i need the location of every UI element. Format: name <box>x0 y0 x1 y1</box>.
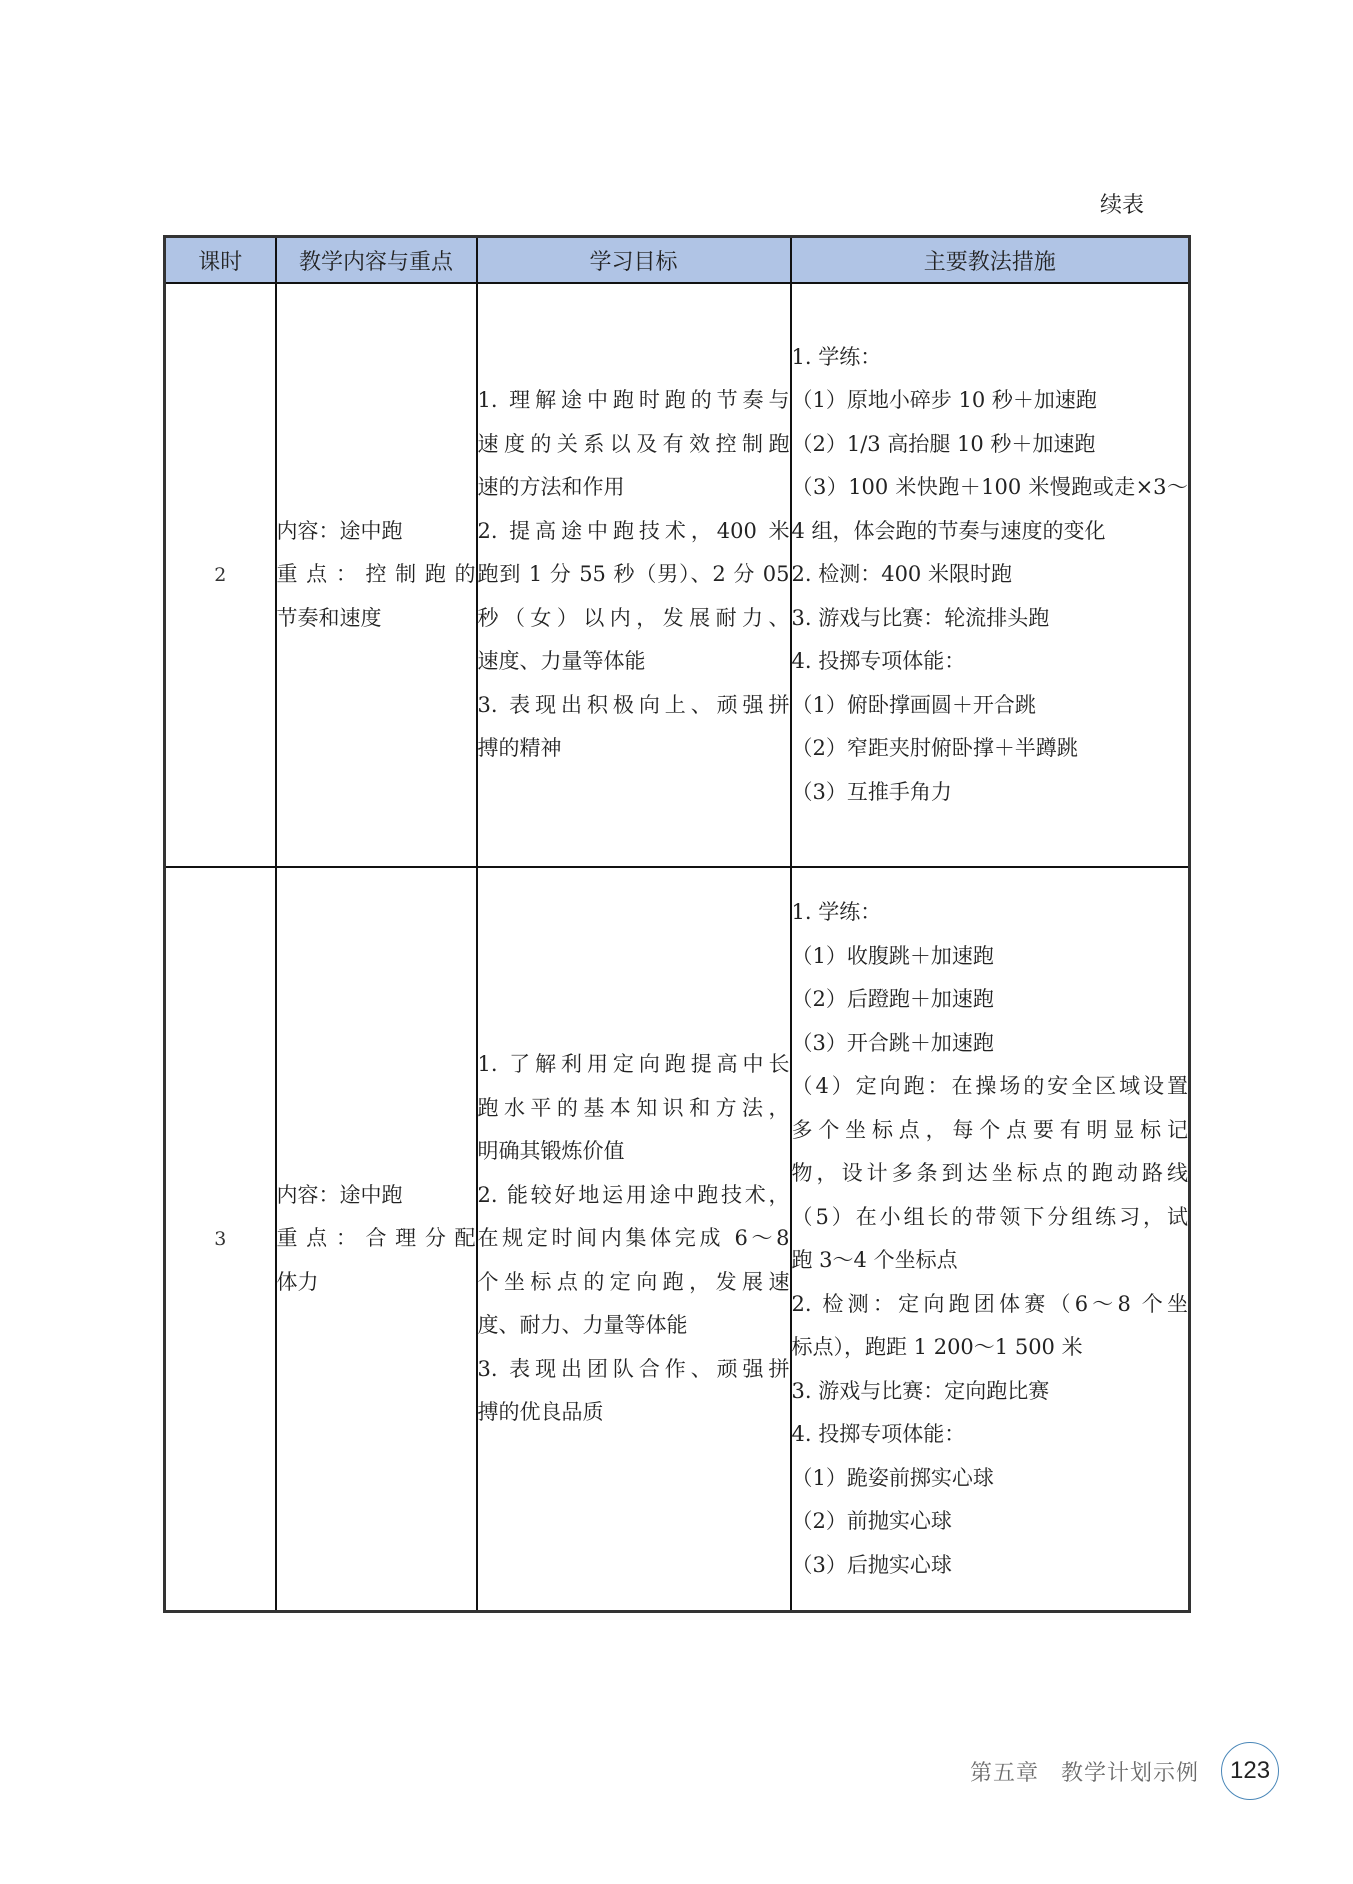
method-line: （1）收腹跳＋加速跑 <box>792 935 1189 979</box>
goal-line: 3. 表现出团队合作、顽强拼 <box>478 1348 790 1392</box>
table-row: 2 内容：途中跑 重点：控制跑的 节奏和速度 1. 理解途中跑时跑的节奏与 速度… <box>165 283 1190 867</box>
goal-line: 明确其锻炼价值 <box>478 1130 790 1174</box>
goal-line: 速的方法和作用 <box>478 466 790 510</box>
goal-line: 秒（女）以内，发展耐力、 <box>478 597 790 641</box>
method-line: 4. 投掷专项体能： <box>792 1413 1189 1457</box>
method-line: 物，设计多条到达坐标点的跑动路线 <box>792 1152 1189 1196</box>
period-cell: 3 <box>165 867 276 1612</box>
content-line: 内容：途中跑 <box>277 1174 476 1218</box>
content-cell: 内容：途中跑 重点：控制跑的 节奏和速度 <box>276 283 477 867</box>
goals-cell: 1. 理解途中跑时跑的节奏与 速度的关系以及有效控制跑 速的方法和作用 2. 提… <box>477 283 791 867</box>
goal-line: 跑到 1 分 55 秒（男）、2 分 05 <box>478 553 790 597</box>
method-line: （1）跪姿前掷实心球 <box>792 1457 1189 1501</box>
method-line: （3）后抛实心球 <box>792 1544 1189 1588</box>
chapter-label: 第五章 <box>970 1756 1039 1787</box>
header-goals: 学习目标 <box>477 237 791 284</box>
header-period: 课时 <box>165 237 276 284</box>
method-line: （2）后蹬跑＋加速跑 <box>792 978 1189 1022</box>
content-line: 节奏和速度 <box>277 597 476 641</box>
content-line: 重点：控制跑的 <box>277 553 476 597</box>
method-line: 1. 学练： <box>792 336 1189 380</box>
goal-line: 搏的优良品质 <box>478 1391 790 1435</box>
method-line: （4）定向跑：在操场的安全区域设置 <box>792 1065 1189 1109</box>
method-line: （1）原地小碎步 10 秒＋加速跑 <box>792 379 1189 423</box>
methods-cell: 1. 学练： （1）收腹跳＋加速跑 （2）后蹬跑＋加速跑 （3）开合跳＋加速跑 … <box>791 867 1190 1612</box>
method-line: （2）1/3 高抬腿 10 秒＋加速跑 <box>792 423 1189 467</box>
method-line: （3）开合跳＋加速跑 <box>792 1022 1189 1066</box>
teaching-plan-table: 课时 教学内容与重点 学习目标 主要教法措施 2 内容：途中跑 重点：控制跑的 … <box>163 235 1191 1613</box>
methods-cell: 1. 学练： （1）原地小碎步 10 秒＋加速跑 （2）1/3 高抬腿 10 秒… <box>791 283 1190 867</box>
method-line: 3. 游戏与比赛：定向跑比赛 <box>792 1370 1189 1414</box>
content-cell: 内容：途中跑 重点：合理分配 体力 <box>276 867 477 1612</box>
method-line: 跑 3～4 个坐标点 <box>792 1239 1189 1283</box>
method-line: 2. 检测：400 米限时跑 <box>792 553 1189 597</box>
content-line: 内容：途中跑 <box>277 510 476 554</box>
method-line: （3）100 米快跑＋100 米慢跑或走×3～ <box>792 466 1189 510</box>
table-header-row: 课时 教学内容与重点 学习目标 主要教法措施 <box>165 237 1190 284</box>
goal-line: 速度、力量等体能 <box>478 640 790 684</box>
method-line: 标点），跑距 1 200～1 500 米 <box>792 1326 1189 1370</box>
content-line: 重点：合理分配 <box>277 1217 476 1261</box>
method-line: 2. 检测：定向跑团体赛（6～8 个坐 <box>792 1283 1189 1327</box>
page-number: 123 <box>1230 1757 1270 1785</box>
goal-line: 2. 提高途中跑技术，400 米 <box>478 510 790 554</box>
goal-line: 跑水平的基本知识和方法， <box>478 1087 790 1131</box>
method-line: （1）俯卧撑画圆＋开合跳 <box>792 684 1189 728</box>
page-footer: 第五章 教学计划示例 123 <box>970 1742 1279 1800</box>
goal-line: 搏的精神 <box>478 727 790 771</box>
table-row: 3 内容：途中跑 重点：合理分配 体力 1. 了解利用定向跑提高中长 跑水平的基… <box>165 867 1190 1612</box>
method-line: （2）窄距夹肘俯卧撑＋半蹲跳 <box>792 727 1189 771</box>
goal-line: 速度的关系以及有效控制跑 <box>478 423 790 467</box>
method-line: 多个坐标点，每个点要有明显标记 <box>792 1109 1189 1153</box>
continued-table-label: 续表 <box>1100 188 1144 219</box>
method-line: （2）前抛实心球 <box>792 1500 1189 1544</box>
goals-cell: 1. 了解利用定向跑提高中长 跑水平的基本知识和方法， 明确其锻炼价值 2. 能… <box>477 867 791 1612</box>
goal-line: 1. 理解途中跑时跑的节奏与 <box>478 379 790 423</box>
method-line: 3. 游戏与比赛：轮流排头跑 <box>792 597 1189 641</box>
goal-line: 1. 了解利用定向跑提高中长 <box>478 1043 790 1087</box>
method-line: （3）互推手角力 <box>792 771 1189 815</box>
method-line: （5）在小组长的带领下分组练习，试 <box>792 1196 1189 1240</box>
section-label: 教学计划示例 <box>1061 1756 1199 1787</box>
header-methods: 主要教法措施 <box>791 237 1190 284</box>
goal-line: 2. 能较好地运用途中跑技术， <box>478 1174 790 1218</box>
method-line: 1. 学练： <box>792 891 1189 935</box>
goal-line: 在规定时间内集体完成 6～8 <box>478 1217 790 1261</box>
header-content: 教学内容与重点 <box>276 237 477 284</box>
goal-line: 个坐标点的定向跑，发展速 <box>478 1261 790 1305</box>
content-line: 体力 <box>277 1261 476 1305</box>
goal-line: 3. 表现出积极向上、顽强拼 <box>478 684 790 728</box>
page-number-badge: 123 <box>1221 1742 1279 1800</box>
goal-line: 度、耐力、力量等体能 <box>478 1304 790 1348</box>
period-cell: 2 <box>165 283 276 867</box>
method-line: 4 组，体会跑的节奏与速度的变化 <box>792 510 1189 554</box>
method-line: 4. 投掷专项体能： <box>792 640 1189 684</box>
